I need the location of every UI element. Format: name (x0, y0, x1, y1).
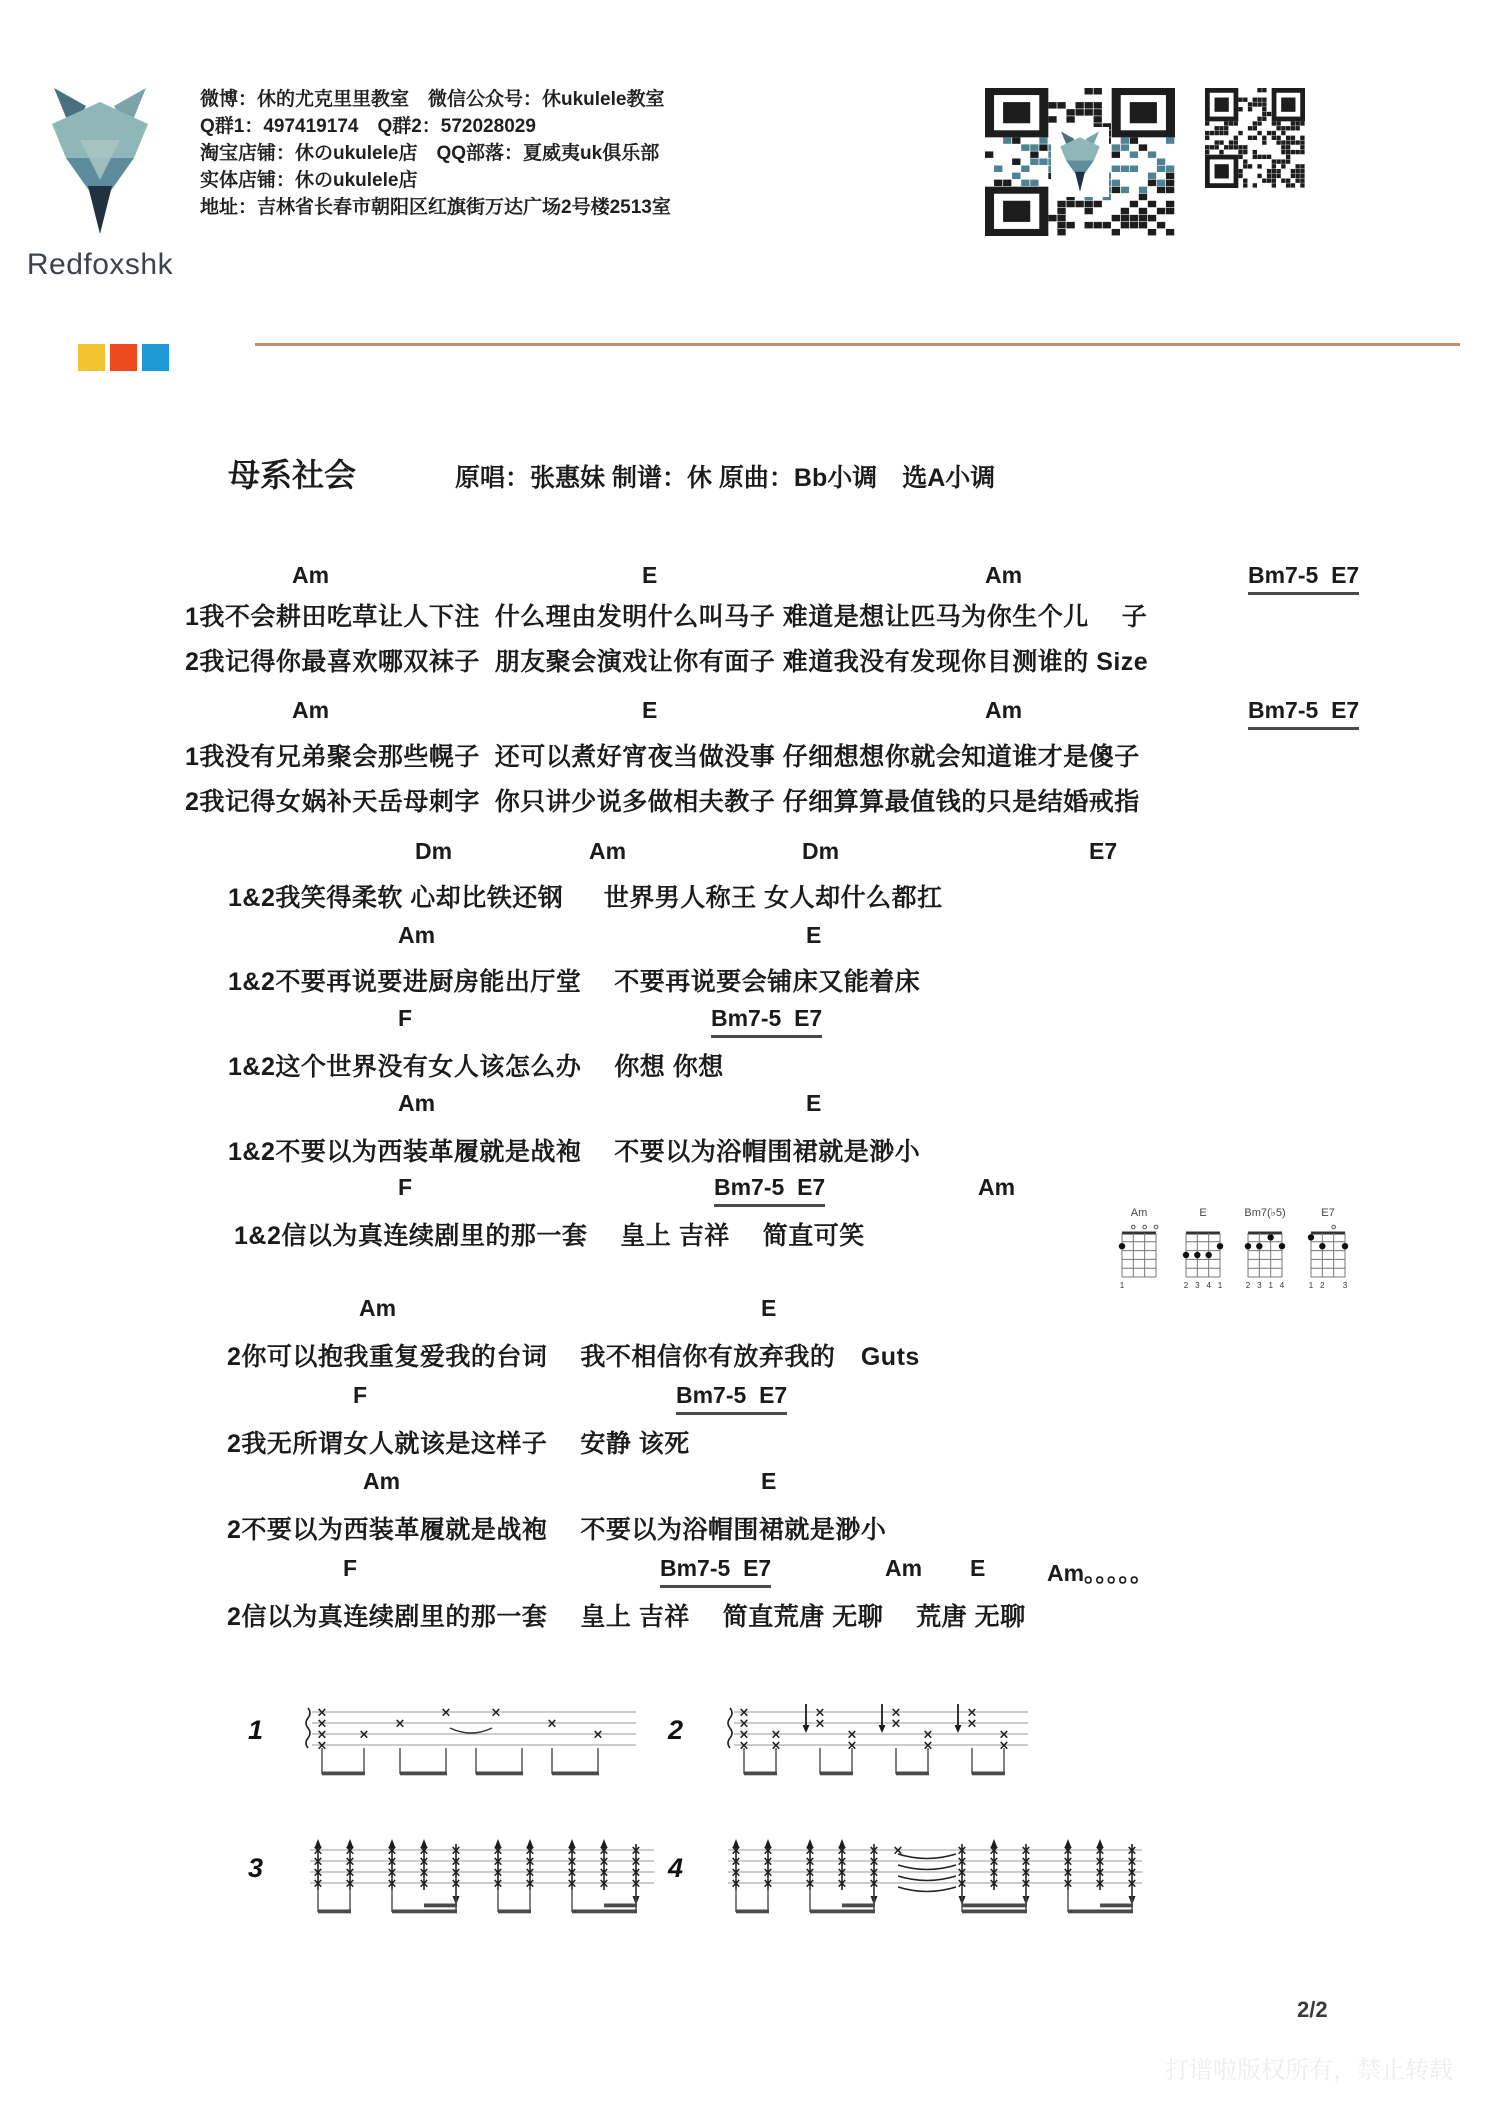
chord-label: E (806, 922, 821, 949)
lyric-line: 2我记得女娲补天岳母刺字 你只讲少说多做相夫教子 仔细算算最值钱的只是结婚戒指 (185, 782, 1140, 818)
chord-label: Am (885, 1555, 922, 1582)
chord-label: Bm7-5 E7 (711, 1005, 822, 1038)
chord-label: F (343, 1555, 357, 1582)
svg-text:×: × (441, 1706, 452, 1721)
rhythm-pattern-number: 4 (668, 1853, 683, 1884)
chord-label: Dm (415, 838, 452, 865)
chord-label: F (398, 1174, 412, 1201)
svg-text:×: × (593, 1728, 604, 1743)
svg-text:×: × (395, 1717, 406, 1732)
chord-label: F (353, 1382, 367, 1409)
chord-diagram: Am1 (1106, 1205, 1172, 1297)
lyric-line: 2你可以抱我重复爱我的台词 我不相信你有放弃我的 Guts (227, 1337, 920, 1373)
svg-text:E: E (1199, 1207, 1206, 1219)
chord-label: Bm7-5 E7 (676, 1382, 787, 1415)
contact-line: 地址：吉林省长春市朝阳区红旗街万达广场2号楼2513室 (200, 194, 790, 221)
lyric-line: 1&2我笑得柔软 心却比铁还钢 世界男人称王 女人却什么都扛 (228, 878, 943, 914)
chord-label: Bm7-5 E7 (660, 1555, 771, 1588)
qr-code-secondary (1205, 88, 1305, 188)
svg-text:1: 1 (1309, 1281, 1314, 1290)
svg-text:Am: Am (1131, 1207, 1148, 1219)
fox-logo-icon (40, 82, 160, 242)
svg-text:4: 4 (1280, 1281, 1285, 1290)
rhythm-pattern-number: 2 (668, 1715, 683, 1746)
svg-text:×: × (967, 1717, 978, 1732)
chord-label: F (398, 1005, 412, 1032)
chord-label: Am (978, 1174, 1015, 1201)
rhythm-pattern-number: 1 (248, 1715, 263, 1746)
lyric-line: 1我不会耕田吃草让人下注 什么理由发明什么叫马子 难道是想让匹马为你生个儿 子 (185, 597, 1147, 633)
chord-label: E (761, 1295, 776, 1322)
chord-label: Am (363, 1468, 400, 1495)
logo-square (142, 344, 169, 371)
chord-label: Am (985, 562, 1022, 589)
svg-text:2: 2 (1320, 1281, 1325, 1290)
qr-code-main (985, 88, 1175, 236)
svg-text:2: 2 (1246, 1281, 1251, 1290)
chord-label: Am (589, 838, 626, 865)
qr-fox-icon (1051, 127, 1109, 197)
svg-text:×: × (359, 1728, 370, 1743)
chord-label: E (642, 562, 657, 589)
svg-text:E7: E7 (1321, 1207, 1334, 1219)
svg-text:1: 1 (1268, 1281, 1273, 1290)
redfox-logo: Redfoxshk (15, 82, 185, 282)
chord-label: Am (398, 1090, 435, 1117)
svg-text:×: × (893, 1844, 904, 1859)
song-credits: 原唱：张惠妹 制谱：休 原曲：Bb小调 选A小调 (455, 458, 995, 494)
rhythm-pattern: ×××××××××××××××××× (722, 1698, 1032, 1790)
logo-square (78, 344, 105, 371)
chord-label: Dm (802, 838, 839, 865)
chord-label: Bm7-5 E7 (714, 1174, 825, 1207)
lyric-line: 1&2信以为真连续剧里的那一套 皇上 吉祥 简直可笑 (234, 1216, 865, 1252)
rhythm-pattern: ××××××××××××××××××××××××××××××××××××××××… (716, 1836, 1146, 1928)
rhythm-pattern-number: 3 (248, 1853, 263, 1884)
svg-text:2: 2 (1184, 1281, 1189, 1290)
chord-label: Am (398, 922, 435, 949)
chord-label: E (970, 1555, 985, 1582)
contact-line: 实体店铺：休のukulele店 (200, 167, 790, 194)
sheet-page: Redfoxshk 微博：休的尤克里里教室 微信公众号：休ukulele教室Q群… (0, 0, 1500, 2121)
logo-squares (78, 344, 169, 371)
svg-text:Bm7(♭5): Bm7(♭5) (1244, 1207, 1285, 1219)
lyric-line: 2我无所谓女人就该是这样子 安静 该死 (227, 1424, 690, 1460)
contact-line: 微博：休的尤克里里教室 微信公众号：休ukulele教室 (200, 86, 790, 113)
chord-diagram: E2341 (1170, 1205, 1236, 1297)
chord-label: Bm7-5 E7 (1248, 697, 1359, 730)
chord-label: E (806, 1090, 821, 1117)
svg-text:×: × (815, 1717, 826, 1732)
watermark: 打谱啦版权所有，禁止转载 (1165, 2050, 1453, 2085)
lyric-line: 2不要以为西装革履就是战袍 不要以为浴帽围裙就是渺小 (227, 1510, 886, 1546)
chord-label: Bm7-5 E7 (1248, 562, 1359, 595)
svg-text:3: 3 (1195, 1281, 1200, 1290)
rhythm-pattern: ×××××××××× (300, 1698, 640, 1790)
chord-diagram: Bm7(♭5)2314 (1232, 1205, 1298, 1297)
chord-diagram: E7123 (1295, 1205, 1361, 1297)
chord-label: Am。。。。。 (1047, 1555, 1153, 1588)
song-title: 母系社会 (228, 450, 356, 496)
logo-text: Redfoxshk (15, 248, 185, 282)
svg-text:3: 3 (1343, 1281, 1348, 1290)
lyric-line: 2信以为真连续剧里的那一套 皇上 吉祥 简直荒唐 无聊 荒唐 无聊 (227, 1597, 1026, 1633)
contact-line: 淘宝店铺：休のukulele店 QQ部落：夏威夷uk俱乐部 (200, 140, 790, 167)
contact-info: 微博：休的尤克里里教室 微信公众号：休ukulele教室Q群1：49741917… (200, 86, 790, 221)
lyric-line: 2我记得你最喜欢哪双袜子 朋友聚会演戏让你有面子 难道我没有发现你目测谁的 Si… (185, 642, 1148, 678)
lyric-line: 1&2不要再说要进厨房能出厅堂 不要再说要会铺床又能着床 (228, 962, 920, 998)
lyric-line: 1&2这个世界没有女人该怎么办 你想 你想 (228, 1047, 724, 1083)
svg-text:1: 1 (1120, 1281, 1125, 1290)
contact-line: Q群1：497419174 Q群2：572028029 (200, 113, 790, 140)
qr-pattern (1205, 88, 1305, 188)
rhythm-pattern: ×××××××××××××××××××××××××××××××××××××××× (298, 1836, 658, 1928)
lyric-line: 1我没有兄弟聚会那些幌子 还可以煮好宵夜当做没事 仔细想想你就会知道谁才是傻子 (185, 737, 1140, 773)
svg-text:4: 4 (1206, 1281, 1211, 1290)
chord-label: Am (292, 697, 329, 724)
svg-text:3: 3 (1257, 1281, 1262, 1290)
chord-label: Am (359, 1295, 396, 1322)
svg-text:×: × (891, 1717, 902, 1732)
divider-line (255, 343, 1460, 346)
chord-label: Am (985, 697, 1022, 724)
chord-label: E (642, 697, 657, 724)
svg-text:×: × (547, 1717, 558, 1732)
svg-text:×: × (491, 1706, 502, 1721)
chord-label: Am (292, 562, 329, 589)
logo-square (110, 344, 137, 371)
chord-label: E7 (1089, 838, 1117, 865)
page-number: 2/2 (1297, 1997, 1328, 2023)
lyric-line: 1&2不要以为西装革履就是战袍 不要以为浴帽围裙就是渺小 (228, 1132, 920, 1168)
svg-text:1: 1 (1218, 1281, 1223, 1290)
chord-label: E (761, 1468, 776, 1495)
